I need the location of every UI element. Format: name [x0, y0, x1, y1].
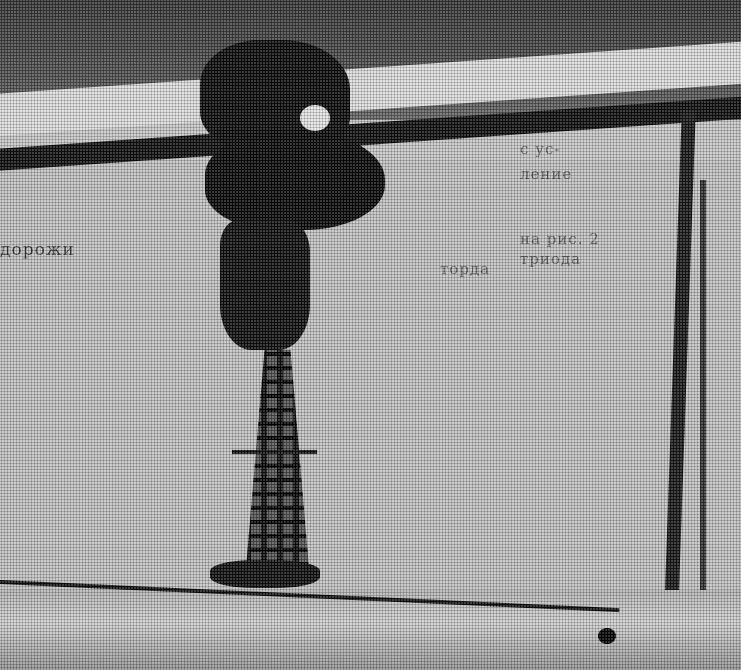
floor	[0, 590, 741, 670]
bleed-through-text: дорожи	[0, 240, 75, 260]
base-rod-end	[598, 628, 616, 644]
halftone-photograph: дорожи с ус- ление на рис. 2 триода торд…	[0, 0, 741, 670]
tower-crossbar	[232, 450, 317, 454]
bleed-through-text: на рис. 2	[520, 230, 600, 248]
wall	[0, 160, 741, 590]
bleed-through-text: триода	[520, 250, 581, 268]
bleed-through-text: ление	[520, 165, 572, 183]
bleed-through-text: с ус-	[520, 140, 560, 158]
tower-base	[210, 560, 320, 588]
bleed-through-text: торда	[440, 260, 490, 278]
mechanism-body	[205, 130, 385, 230]
mechanism-highlight	[300, 105, 330, 131]
mechanism-lower	[220, 220, 310, 350]
